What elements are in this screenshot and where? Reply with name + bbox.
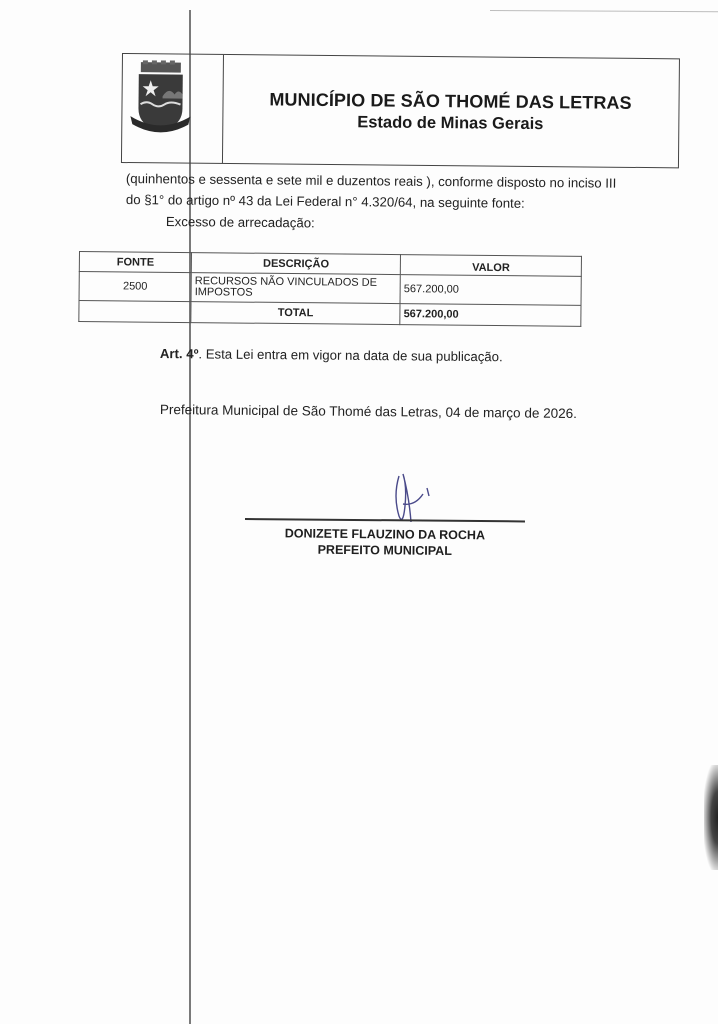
header-titles: MUNICÍPIO DE SÃO THOMÉ DAS LETRAS Estado… bbox=[222, 89, 678, 135]
total-label: TOTAL bbox=[191, 302, 400, 325]
scan-edge-line bbox=[490, 10, 718, 12]
header-valor: VALOR bbox=[400, 255, 581, 277]
signer-block: DONIZETE FLAUZINO DA ROCHA PREFEITO MUNI… bbox=[245, 525, 525, 560]
state-subtitle: Estado de Minas Gerais bbox=[222, 112, 678, 135]
document-header: MUNICÍPIO DE SÃO THOMÉ DAS LETRAS Estado… bbox=[121, 53, 680, 168]
cell-fonte: 2500 bbox=[79, 272, 191, 302]
place-and-date: Prefeitura Municipal de São Thomé das Le… bbox=[160, 402, 577, 421]
header-fonte: FONTE bbox=[79, 252, 191, 273]
article-label: Art. 4º bbox=[160, 346, 199, 361]
paragraph-line-3: Excesso de arrecadação: bbox=[166, 214, 315, 230]
total-value: 567.200,00 bbox=[400, 304, 581, 327]
table-total-row: TOTAL 567.200,00 bbox=[79, 301, 581, 327]
municipality-title: MUNICÍPIO DE SÃO THOMÉ DAS LETRAS bbox=[222, 89, 678, 114]
header-descricao: DESCRIÇÃO bbox=[191, 253, 400, 275]
article-text: . Esta Lei entra em vigor na data de sua… bbox=[198, 346, 502, 364]
paragraph-line-2: do §1° do artigo nº 43 da Lei Federal n°… bbox=[126, 192, 525, 211]
logo-cell bbox=[122, 54, 224, 163]
funding-source-table: FONTE DESCRIÇÃO VALOR 2500 RECURSOS NÃO … bbox=[78, 251, 582, 327]
article-4: Art. 4º. Esta Lei entra em vigor na data… bbox=[160, 346, 503, 364]
scan-smudge bbox=[704, 765, 718, 870]
signer-name: DONIZETE FLAUZINO DA ROCHA bbox=[245, 525, 525, 544]
cell-descricao: RECURSOS NÃO VINCULADOS DE IMPOSTOS bbox=[191, 273, 400, 304]
paragraph-line-1: (quinhentos e sessenta e sete mil e duze… bbox=[126, 171, 617, 191]
cell-empty bbox=[79, 301, 191, 323]
coat-of-arms-icon bbox=[128, 60, 193, 139]
cell-valor: 567.200,00 bbox=[400, 275, 581, 306]
signer-title: PREFEITO MUNICIPAL bbox=[245, 541, 525, 560]
